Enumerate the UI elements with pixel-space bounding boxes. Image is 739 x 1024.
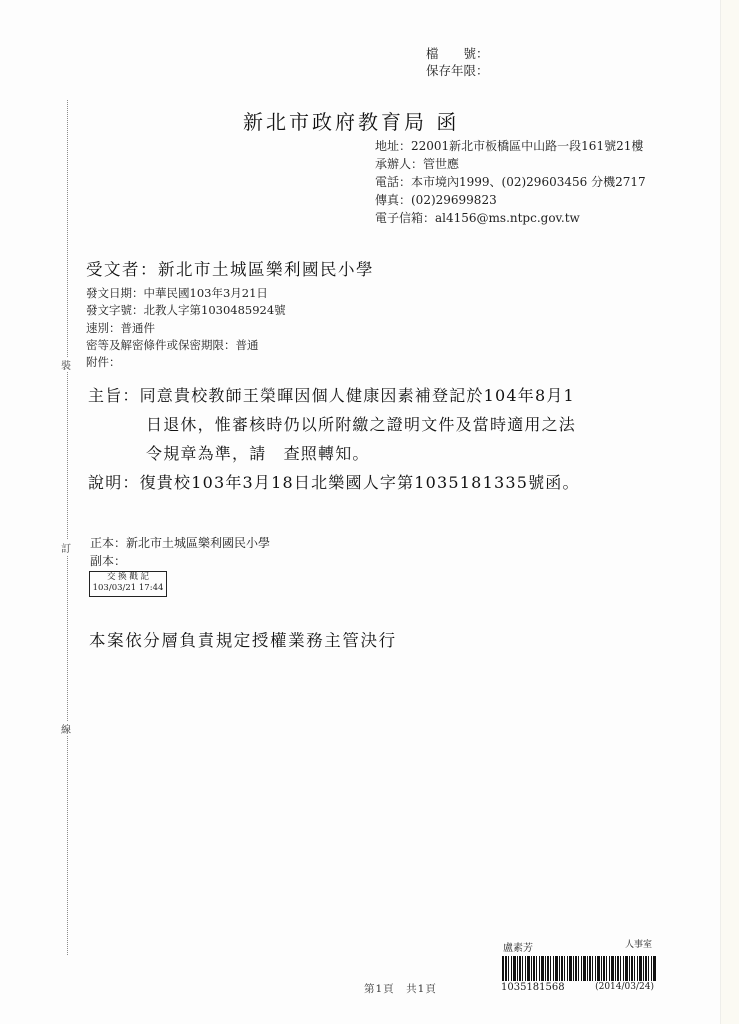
retention-period-label: 保存年限： xyxy=(426,62,489,79)
margin-mark-staple: 訂 xyxy=(58,540,74,555)
document-number: 發文字號：北教人字第1030485924號 xyxy=(86,302,286,319)
subject-line-3: 令規章為準，請 查照轉知。 xyxy=(88,439,580,468)
stamp-label: 交 換 戳 記 xyxy=(90,572,166,583)
explanation-label: 說明： xyxy=(88,468,140,497)
barcode-number: 1035181568 xyxy=(501,982,565,993)
delivery-speed: 速別：普通件 xyxy=(86,320,286,337)
exchange-stamp: 交 換 戳 記 103/03/21 17:44 xyxy=(89,571,167,597)
sender-phone: 電話：本市境內1999、(02)29603456 分機2717 xyxy=(375,173,646,191)
document-title: 新北市政府教育局 函 xyxy=(243,106,459,135)
scan-page-edge xyxy=(720,0,739,1024)
barcode-icon xyxy=(502,956,656,981)
margin-mark-line: 線 xyxy=(58,721,74,736)
distribution: 正本：新北市土城區樂利國民小學 副本： xyxy=(90,534,270,570)
classification: 密等及解密條件或保密期限：普通 xyxy=(86,337,286,354)
attachments: 附件： xyxy=(86,354,286,371)
sender-email: 電子信箱：al4156@ms.ntpc.gov.tw xyxy=(375,209,646,227)
barcode-name: 盧素芳 xyxy=(503,939,533,954)
delegation-note: 本案依分層負責規定授權業務主管決行 xyxy=(89,627,397,651)
copy-recipient: 副本： xyxy=(90,552,270,570)
document-meta: 發文日期：中華民國103年3月21日 發文字號：北教人字第1030485924號… xyxy=(86,285,286,371)
sender-contact-person: 承辦人：管世應 xyxy=(375,155,646,173)
sender-info: 地址：22001新北市板橋區中山路一段161號21樓 承辦人：管世應 電話：本市… xyxy=(375,137,646,227)
sender-address: 地址：22001新北市板橋區中山路一段161號21樓 xyxy=(375,137,646,155)
subject-section: 主旨： 同意貴校教師王榮暉因個人健康因素補登記於104年8月1 日退休，惟審核時… xyxy=(88,381,580,497)
subject-label: 主旨： xyxy=(88,381,140,410)
page-number: 第1頁 共1頁 xyxy=(364,981,437,996)
barcode-date: (2014/03/24) xyxy=(595,982,654,992)
subject-line-1: 同意貴校教師王榮暉因個人健康因素補登記於104年8月1 xyxy=(140,381,575,410)
explanation-text: 復貴校103年3月18日北樂國人字第1035181335號函。 xyxy=(140,468,580,497)
binding-margin-line xyxy=(67,100,68,955)
file-number-label: 檔 號： xyxy=(426,45,489,62)
barcode-department: 人事室 xyxy=(625,937,652,950)
stamp-datetime: 103/03/21 17:44 xyxy=(90,583,166,594)
original-recipient: 正本：新北市土城區樂利國民小學 xyxy=(90,534,270,552)
margin-mark-bind: 裝 xyxy=(58,357,74,372)
subject-line-2: 日退休，惟審核時仍以所附繳之證明文件及當時適用之法 xyxy=(88,410,580,439)
issue-date: 發文日期：中華民國103年3月21日 xyxy=(86,285,286,302)
recipient: 受文者：新北市土城區樂利國民小學 xyxy=(86,256,374,280)
sender-fax: 傳真：(02)29699823 xyxy=(375,191,646,209)
